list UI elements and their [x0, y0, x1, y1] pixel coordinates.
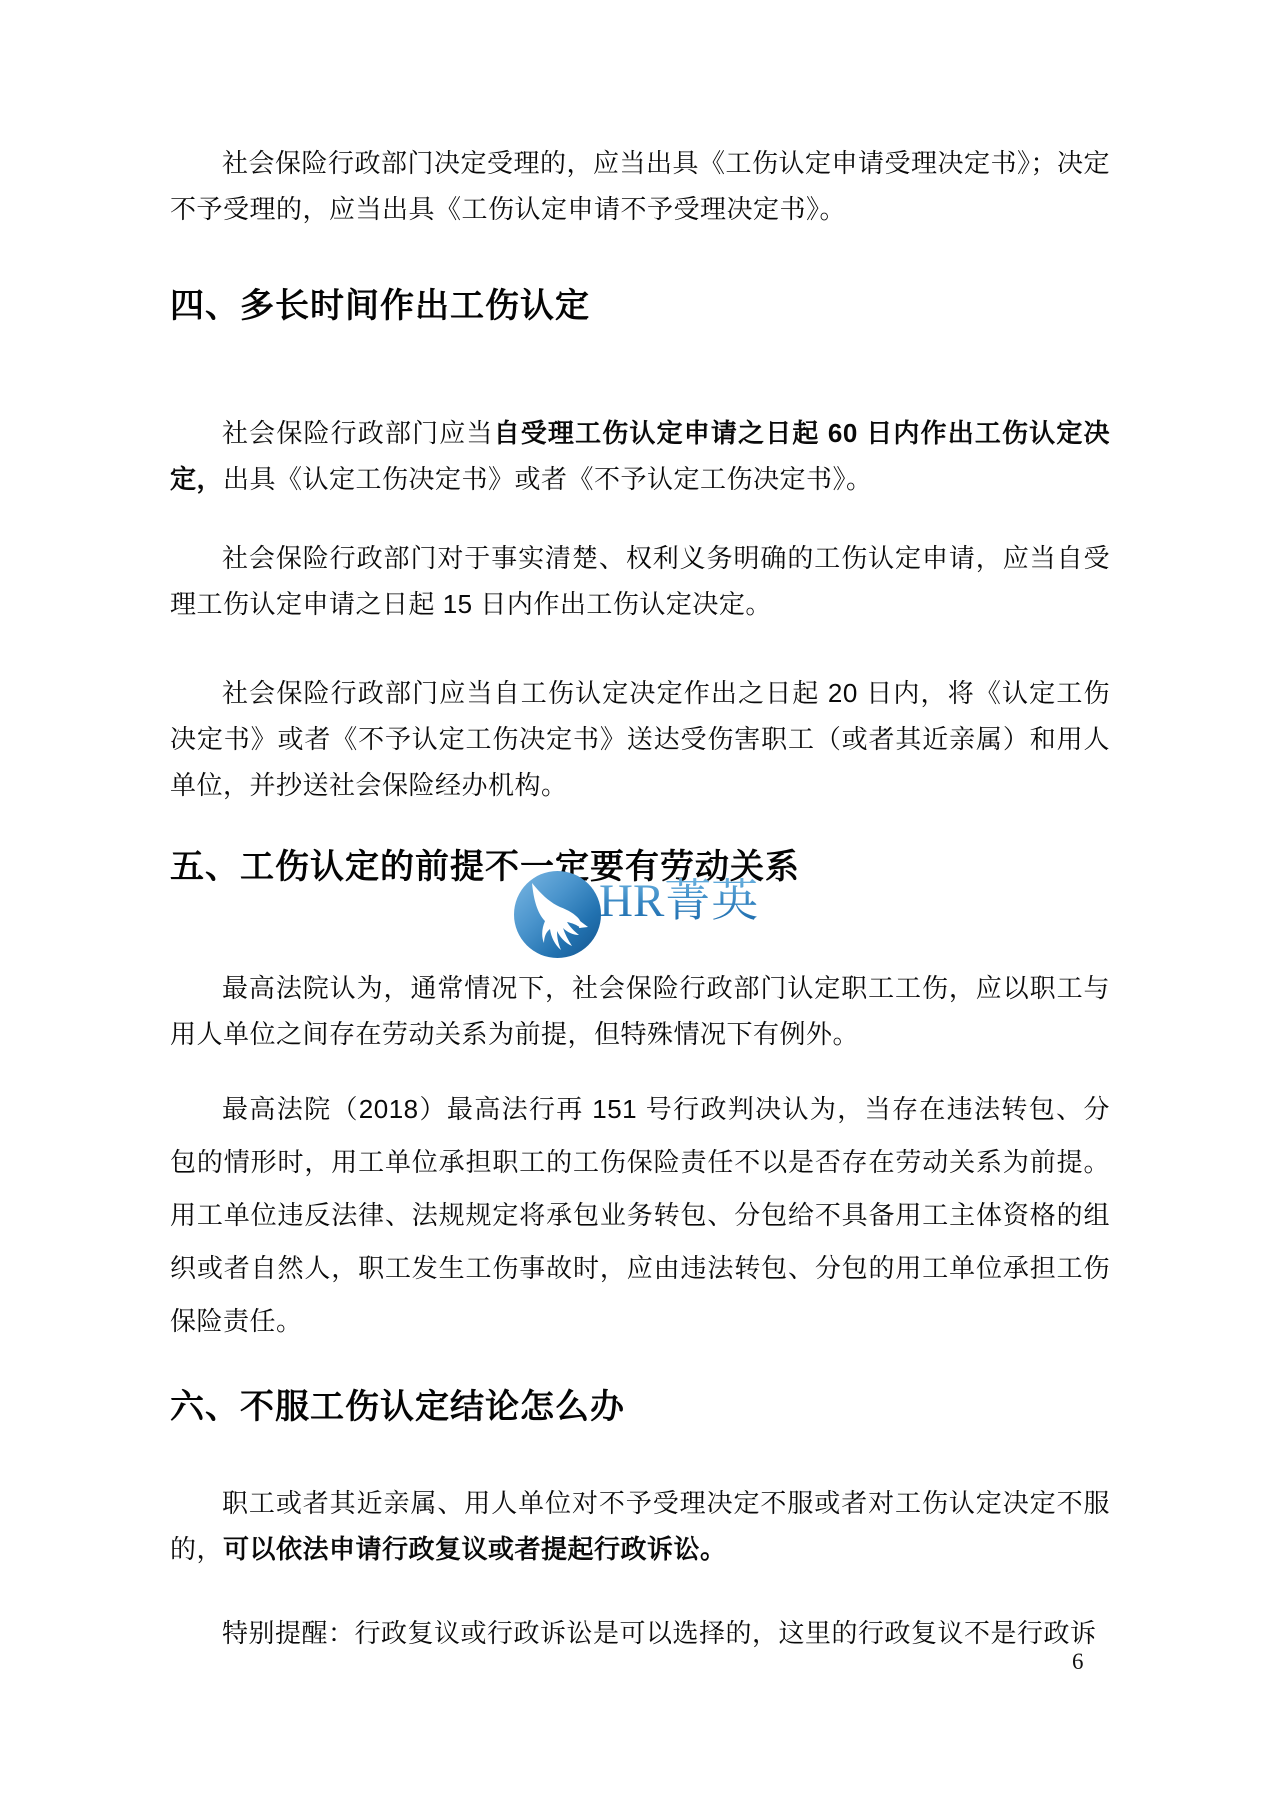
page-number: 6: [1072, 1649, 1084, 1675]
text-run: 特别提醒：行政复议或行政诉讼是可以选择的，这里的行政复议不是行政诉: [222, 1618, 1097, 1648]
text-run: 最高法院（2018）最高法行再 151 号行政判决认为，当存在违法转包、分包的情…: [170, 1094, 1110, 1336]
text-run: 出具《认定工伤决定书》或者《不予认定工伤决定书》。: [223, 464, 873, 494]
logo-text-latin: HR: [599, 875, 664, 927]
paragraph-appeal-options: 职工或者其近亲属、用人单位对不予受理决定不服或者对工伤认定决定不服的，可以依法申…: [170, 1480, 1110, 1572]
hr-elite-watermark-logo: HR菁英: [514, 871, 758, 958]
paragraph-labor-relation-premise: 最高法院认为，通常情况下，社会保险行政部门认定职工工伤，应以职工与用人单位之间存…: [170, 965, 1110, 1057]
paragraph-15-day-limit: 社会保险行政部门对于事实清楚、权利义务明确的工伤认定申请，应当自受理工伤认定申请…: [170, 535, 1110, 627]
text-run: 社会保险行政部门对于事实清楚、权利义务明确的工伤认定申请，应当自受理工伤认定申请…: [170, 543, 1110, 619]
paragraph-20-day-delivery: 社会保险行政部门应当自工伤认定决定作出之日起 20 日内，将《认定工伤决定书》或…: [170, 670, 1110, 808]
paragraph-acceptance-decision: 社会保险行政部门决定受理的，应当出具《工伤认定申请受理决定书》；决定不予受理的，…: [170, 140, 1110, 232]
text-run: 社会保险行政部门决定受理的，应当出具《工伤认定申请受理决定书》；决定不予受理的，…: [170, 148, 1110, 224]
document-page: 社会保险行政部门决定受理的，应当出具《工伤认定申请受理决定书》；决定不予受理的，…: [0, 0, 1280, 1811]
heading-section-four: 四、多长时间作出工伤认定: [170, 284, 1110, 328]
paragraph-illegal-subcontract: 最高法院（2018）最高法行再 151 号行政判决认为，当存在违法转包、分包的情…: [170, 1083, 1110, 1348]
logo-text-cjk: 菁英: [664, 875, 758, 927]
paragraph-special-reminder: 特别提醒：行政复议或行政诉讼是可以选择的，这里的行政复议不是行政诉: [170, 1610, 1110, 1656]
heading-section-six: 六、不服工伤认定结论怎么办: [170, 1385, 1110, 1429]
eagle-icon: [514, 871, 601, 958]
text-run: 最高法院认为，通常情况下，社会保险行政部门认定职工工伤，应以职工与用人单位之间存…: [170, 973, 1110, 1049]
logo-circle: [514, 871, 601, 958]
text-run: 社会保险行政部门应当自工伤认定决定作出之日起 20 日内，将《认定工伤决定书》或…: [170, 678, 1110, 800]
paragraph-60-day-limit: 社会保险行政部门应当自受理工伤认定申请之日起 60 日内作出工伤认定决定，出具《…: [170, 410, 1110, 502]
logo-text: HR菁英: [599, 878, 758, 925]
bold-text-run: 可以依法申请行政复议或者提起行政诉讼。: [223, 1534, 727, 1564]
text-run: 社会保险行政部门应当: [222, 418, 494, 448]
